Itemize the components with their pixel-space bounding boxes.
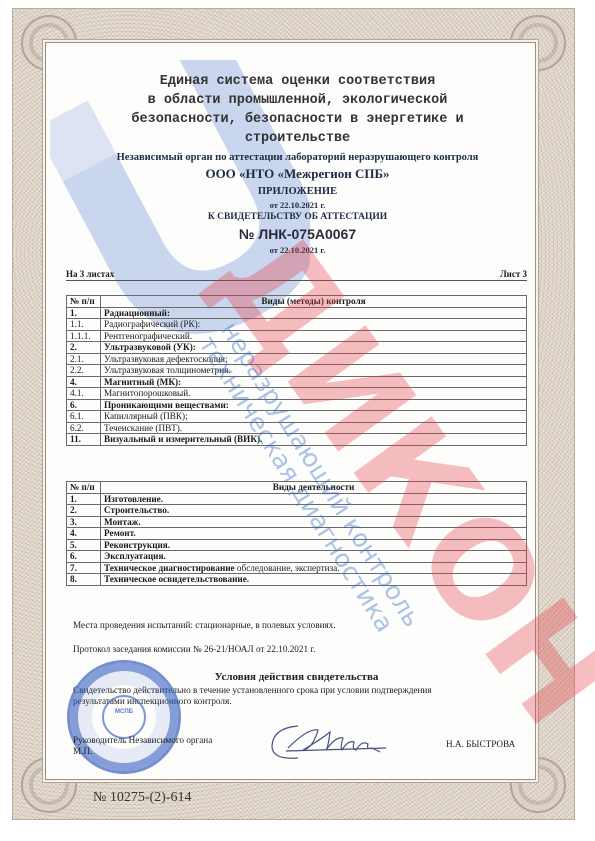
table-row: 2.Строительство. — [67, 505, 527, 517]
row-number: 1. — [67, 307, 101, 319]
table-row: 1.Радиационный: — [67, 307, 527, 319]
row-activity: Ремонт. — [101, 528, 527, 540]
table-row: 2.1.Ультразвуковая дефектоскопия; — [67, 353, 527, 365]
row-method: Магнитный (МК): — [101, 376, 527, 388]
row-number: 5. — [67, 539, 101, 551]
certificate-date: от 22.10.2021 г. — [60, 245, 535, 255]
system-title-line: Единая система оценки соответствия — [60, 72, 535, 91]
table-header-row: № п/п Виды (методы) контроля — [67, 296, 527, 308]
row-number: 2. — [67, 342, 101, 354]
row-method: Магнитопорошковый. — [101, 388, 527, 400]
conditions-title-bold: Условия действия — [215, 671, 304, 683]
table-row: 4.Ремонт. — [67, 528, 527, 540]
conditions-title-rest: свидетельства — [304, 671, 378, 683]
table-row: 2.Ультразвуковой (УК): — [67, 342, 527, 354]
row-number: 3. — [67, 516, 101, 528]
row-method: Рентгенографический. — [101, 330, 527, 342]
table-row: 4.Магнитный (МК): — [67, 376, 527, 388]
row-number: 4.1. — [67, 388, 101, 400]
table-row: 11.Визуальный и измерительный (ВИК). — [67, 434, 527, 446]
row-number: 11. — [67, 434, 101, 446]
column-header-methods: Виды (методы) контроля — [101, 296, 527, 308]
test-locations: Места проведения испытаний: стационарные… — [73, 620, 336, 630]
org-name: ООО «НТО «Межрегион СПБ» — [60, 166, 535, 182]
appendix-date: от 22.10.2021 г. — [60, 200, 535, 210]
row-method: Ультразвуковой (УК): — [101, 342, 527, 354]
activity-name: Техническое диагностирование — [104, 563, 235, 573]
activity-name: Реконструкция. — [104, 540, 170, 550]
methods-table: № п/п Виды (методы) контроля 1.Радиацион… — [66, 295, 527, 446]
body-name: Независимый орган по аттестации лаборато… — [60, 152, 535, 163]
row-number: 6.2. — [67, 422, 101, 434]
official-stamp: МСПБ — [67, 660, 181, 774]
sheet-total: На 3 листах — [66, 269, 114, 279]
table-row: 7.Техническое диагностирование обследова… — [67, 562, 527, 574]
certificate-label: К СВИДЕТЕЛЬСТВУ ОБ АТТЕСТАЦИИ — [60, 212, 535, 222]
signatory-position: Руководитель Независимого органа — [73, 735, 212, 745]
serial-number: № 10275-(2)-614 — [93, 790, 192, 806]
row-number: 6. — [67, 399, 101, 411]
row-number: 2.2. — [67, 365, 101, 377]
system-title-line: в области промышленной, экологической — [60, 91, 535, 110]
row-number: 4. — [67, 528, 101, 540]
row-activity: Техническое освидетельствование. — [101, 574, 527, 586]
activity-name: Монтаж. — [104, 517, 141, 527]
signatory-name: Н.А. БЫСТРОВА — [446, 739, 515, 749]
row-activity: Эксплуатация. — [101, 551, 527, 563]
row-activity: Реконструкция. — [101, 539, 527, 551]
column-header-number: № п/п — [67, 296, 101, 308]
column-header-number: № п/п — [67, 482, 101, 494]
row-number: 6.1. — [67, 411, 101, 423]
table-row: 4.1.Магнитопорошковый. — [67, 388, 527, 400]
table-row: 1.1.Радиографический (РК): — [67, 319, 527, 331]
row-number: 1. — [67, 493, 101, 505]
activity-name: Изготовление. — [104, 494, 163, 504]
row-method: Ультразвуковая толщинометрия. — [101, 365, 527, 377]
row-method: Проникающими веществами: — [101, 399, 527, 411]
sheet-info-row: На 3 листах Лист 3 — [66, 269, 527, 281]
row-activity: Монтаж. — [101, 516, 527, 528]
row-method: Визуальный и измерительный (ВИК). — [101, 434, 527, 446]
appendix-label: ПРИЛОЖЕНИЕ — [60, 186, 535, 197]
row-number: 1.1. — [67, 319, 101, 331]
system-title-line: безопасности, безопасности в энергетике … — [60, 110, 535, 129]
stamp-center-text: МСПБ — [70, 709, 178, 715]
activity-extra: обследование, экспертиза. — [235, 563, 340, 573]
seal-label: М.П. — [73, 746, 92, 756]
activity-name: Техническое освидетельствование. — [104, 574, 249, 584]
row-number: 1.1.1. — [67, 330, 101, 342]
table-row: 6.1.Капиллярный (ПВК); — [67, 411, 527, 423]
row-number: 2.1. — [67, 353, 101, 365]
activity-name: Эксплуатация. — [104, 551, 166, 561]
table-row: 3.Монтаж. — [67, 516, 527, 528]
table-row: 2.2.Ультразвуковая толщинометрия. — [67, 365, 527, 377]
table-row: 6.Эксплуатация. — [67, 551, 527, 563]
signature-icon — [268, 718, 398, 768]
row-number: 6. — [67, 551, 101, 563]
certificate-number: № ЛНК-075А0067 — [60, 226, 535, 242]
table-header-row: № п/п Виды деятельности — [67, 482, 527, 494]
row-number: 4. — [67, 376, 101, 388]
table-row: 5.Реконструкция. — [67, 539, 527, 551]
table-row: 6.2.Течеискание (ПВТ). — [67, 422, 527, 434]
activity-name: Строительство. — [104, 505, 169, 515]
table-row: 8.Техническое освидетельствование. — [67, 574, 527, 586]
row-method: Радиационный: — [101, 307, 527, 319]
table-row: 1.1.1.Рентгенографический. — [67, 330, 527, 342]
row-activity: Строительство. — [101, 505, 527, 517]
sheet-current: Лист 3 — [500, 269, 527, 279]
stamp-emblem-icon — [102, 695, 146, 739]
row-method: Капиллярный (ПВК); — [101, 411, 527, 423]
column-header-activities: Виды деятельности — [101, 482, 527, 494]
row-activity: Изготовление. — [101, 493, 527, 505]
table-row: 1.Изготовление. — [67, 493, 527, 505]
row-number: 2. — [67, 505, 101, 517]
row-method: Ультразвуковая дефектоскопия; — [101, 353, 527, 365]
table-row: 6.Проникающими веществами: — [67, 399, 527, 411]
row-number: 7. — [67, 562, 101, 574]
row-method: Радиографический (РК): — [101, 319, 527, 331]
row-method: Течеискание (ПВТ). — [101, 422, 527, 434]
row-number: 8. — [67, 574, 101, 586]
activity-name: Ремонт. — [104, 528, 136, 538]
row-activity: Техническое диагностирование обследовани… — [101, 562, 527, 574]
system-title-line: строительстве — [60, 129, 535, 148]
activities-table: № п/п Виды деятельности 1.Изготовление.2… — [66, 481, 527, 586]
protocol-info: Протокол заседания комиссии № 26-21/НОАЛ… — [73, 644, 315, 654]
